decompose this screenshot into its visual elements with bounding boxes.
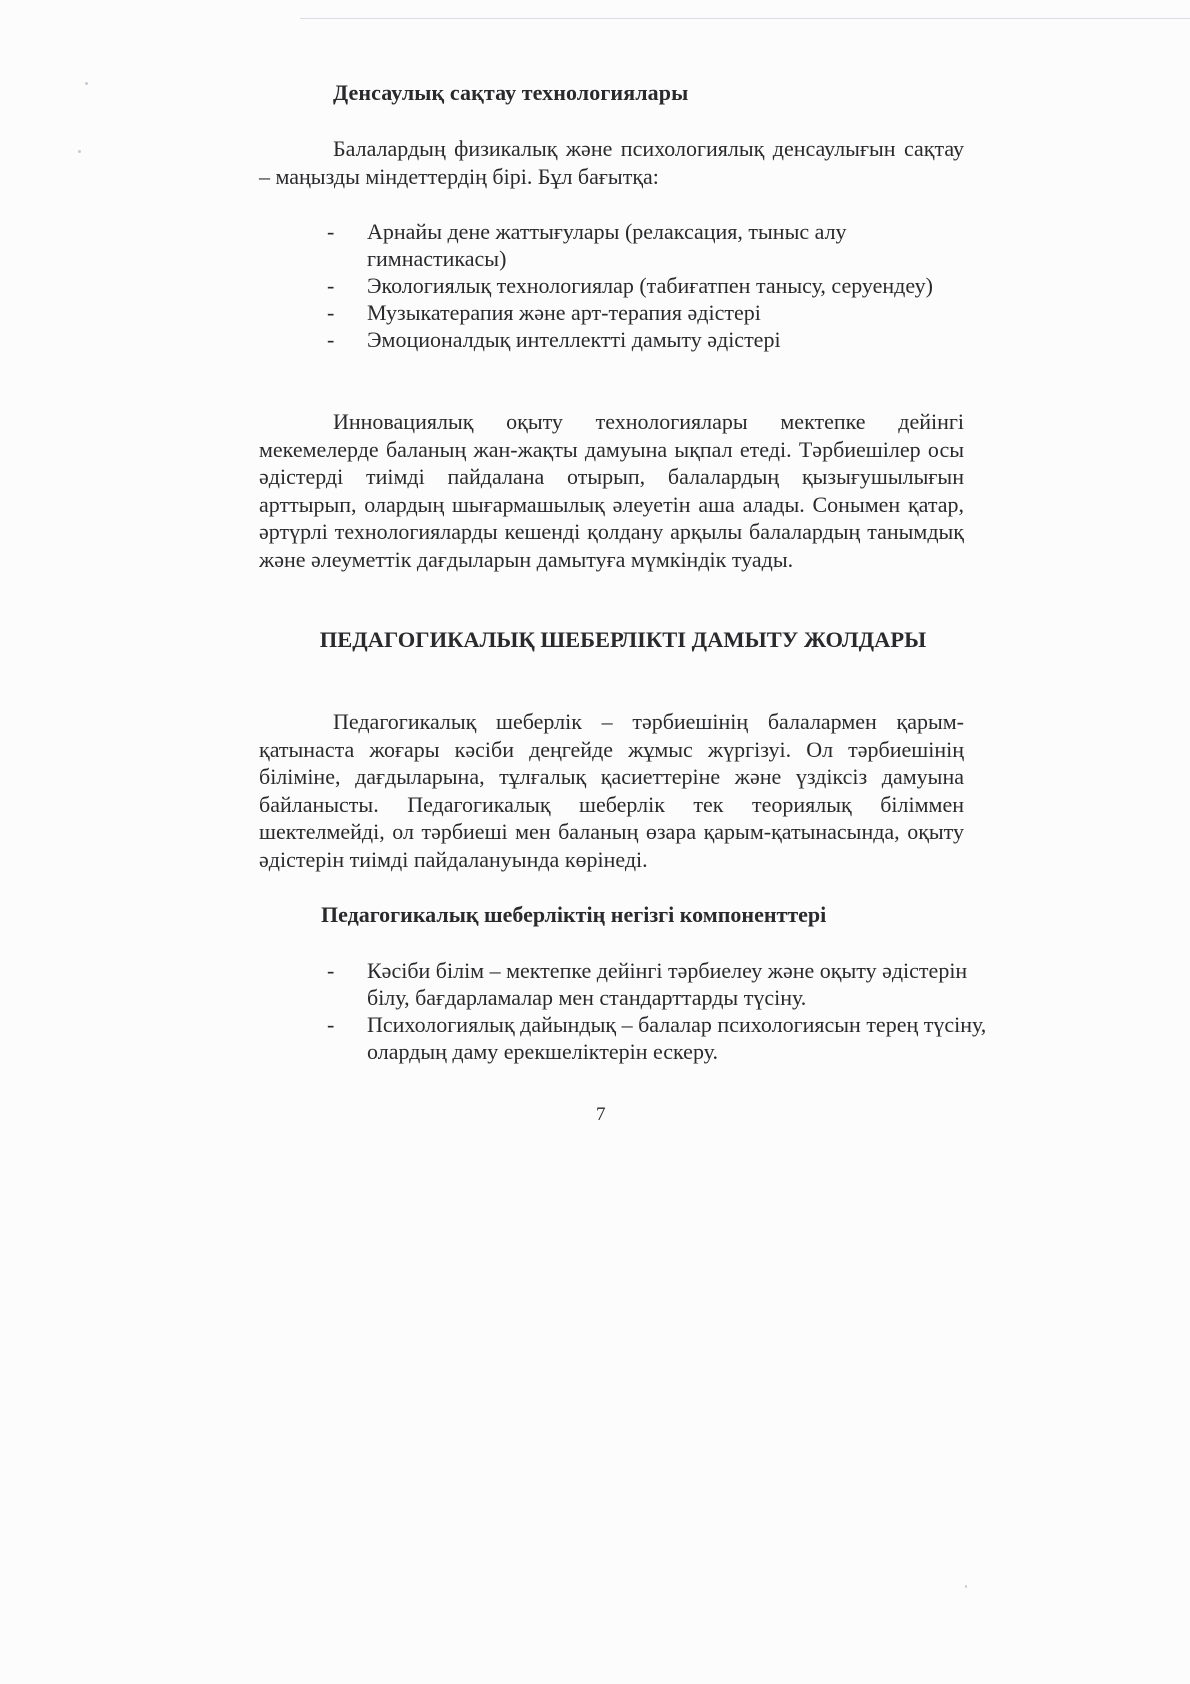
mastery-paragraph-text: Педагогикалық шеберлік – тәрбиешінің бал… xyxy=(259,709,964,872)
page-number: 7 xyxy=(596,1104,606,1126)
innovation-paragraph: Инновациялық оқыту технологиялары мектеп… xyxy=(259,408,964,574)
list-item: -Кәсіби білім – мектепке дейінгі тәрбиел… xyxy=(367,957,987,1011)
mastery-paragraph: Педагогикалық шеберлік – тәрбиешінің бал… xyxy=(259,708,964,874)
health-technologies-list: -Арнайы дене жаттығулары (релаксация, ты… xyxy=(367,218,987,353)
list-item: -Психологиялық дайындық – балалар психол… xyxy=(367,1011,987,1065)
dash-bullet: - xyxy=(319,218,376,245)
list-item: -Экологиялық технологиялар (табиғатпен т… xyxy=(367,272,987,299)
main-heading: ПЕДАГОГИКАЛЫҚ ШЕБЕРЛІКТІ ДАМЫТУ ЖОЛДАРЫ xyxy=(283,627,963,653)
intro-paragraph: Балалардың физикалық және психологиялық … xyxy=(259,135,964,190)
scan-speck xyxy=(78,150,81,153)
dash-bullet: - xyxy=(319,1011,376,1038)
dash-bullet: - xyxy=(319,326,376,353)
list-item: -Эмоционалдық интеллектті дамыту әдістер… xyxy=(367,326,987,353)
scan-speck xyxy=(85,82,88,85)
dash-bullet: - xyxy=(319,957,376,984)
intro-paragraph-text: Балалардың физикалық және психологиялық … xyxy=(259,136,964,189)
components-heading: Педагогикалық шеберліктің негізгі компон… xyxy=(321,902,826,928)
scan-speck xyxy=(965,1585,967,1588)
dash-bullet: - xyxy=(319,272,376,299)
dash-bullet: - xyxy=(319,299,376,326)
innovation-paragraph-text: Инновациялық оқыту технологиялары мектеп… xyxy=(259,409,964,572)
list-item: -Арнайы дене жаттығулары (релаксация, ты… xyxy=(367,218,987,272)
scan-edge-line xyxy=(300,18,1190,19)
section-heading-health: Денсаулық сақтау технологиялары xyxy=(333,80,688,106)
components-list: -Кәсіби білім – мектепке дейінгі тәрбиел… xyxy=(367,957,987,1065)
list-item: -Музыкатерапия және арт-терапия әдістері xyxy=(367,299,987,326)
